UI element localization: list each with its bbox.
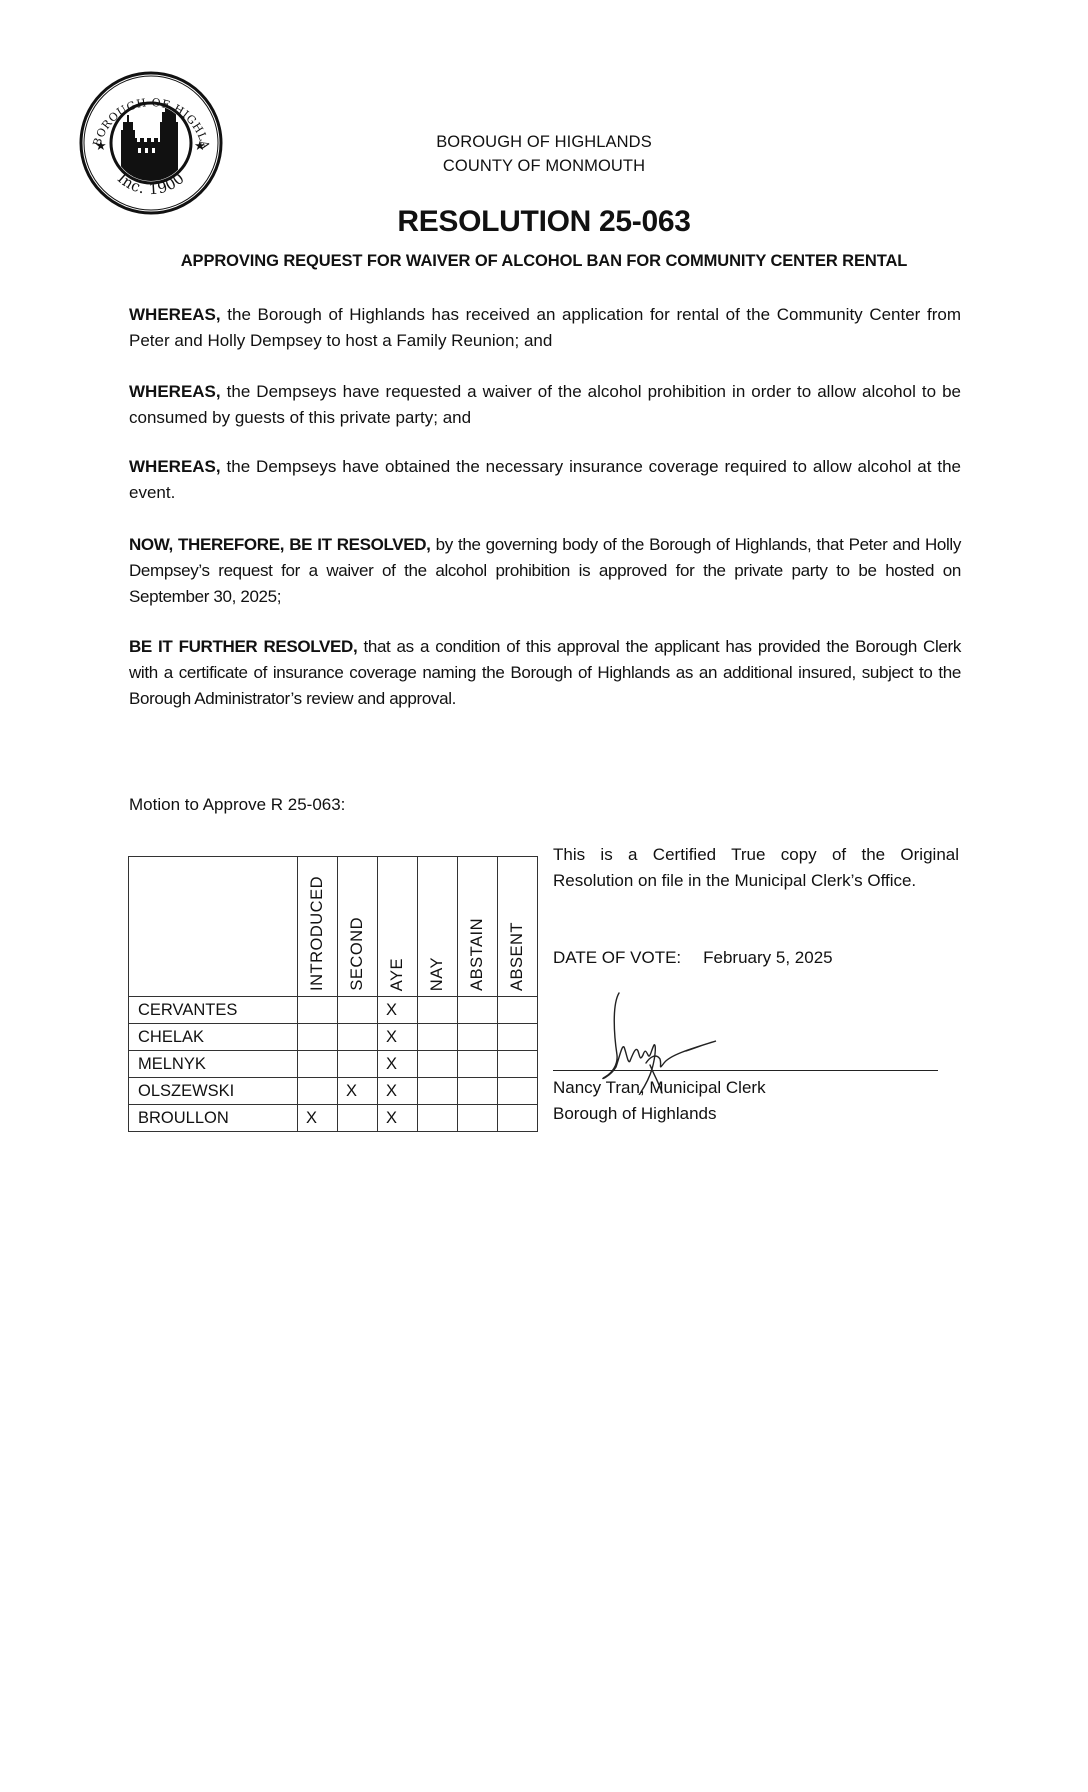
- vote-mark-abstain: [458, 1051, 498, 1078]
- vote-mark-second: [338, 1105, 378, 1132]
- vote-table: INTRODUCED SECOND AYE NAY ABSTAIN ABSENT…: [128, 856, 538, 1132]
- vote-mark-nay: [418, 1051, 458, 1078]
- signature-line: [553, 1070, 938, 1071]
- column-introduced: INTRODUCED: [298, 857, 338, 997]
- vote-row: CERVANTESX: [129, 997, 538, 1024]
- vote-mark-absent: [498, 997, 538, 1024]
- column-aye: AYE: [378, 857, 418, 997]
- column-abstain: ABSTAIN: [458, 857, 498, 997]
- whereas-paragraph-3: WHEREAS, the Dempseys have obtained the …: [129, 454, 961, 506]
- vote-mark-introduced: [298, 997, 338, 1024]
- certification-statement: This is a Certified True copy of the Ori…: [553, 842, 959, 894]
- vote-mark-absent: [498, 1105, 538, 1132]
- vote-mark-absent: [498, 1024, 538, 1051]
- whereas-paragraph-2: WHEREAS, the Dempseys have requested a w…: [129, 379, 961, 431]
- signer-name: Nancy Tran, Municipal Clerk: [553, 1075, 766, 1101]
- vote-mark-abstain: [458, 1078, 498, 1105]
- column-nay: NAY: [418, 857, 458, 997]
- council-member-name: OLSZEWSKI: [129, 1078, 298, 1105]
- council-member-name: CHELAK: [129, 1024, 298, 1051]
- paragraph-lead: BE IT FURTHER RESOLVED,: [129, 637, 357, 656]
- date-label: DATE OF VOTE:: [553, 948, 681, 967]
- paragraph-lead: NOW, THEREFORE, BE IT RESOLVED,: [129, 535, 431, 554]
- vote-mark-abstain: [458, 997, 498, 1024]
- vote-mark-introduced: [298, 1024, 338, 1051]
- signer-organization: Borough of Highlands: [553, 1101, 717, 1127]
- motion-label: Motion to Approve R 25-063:: [129, 795, 345, 815]
- paragraph-lead: WHEREAS,: [129, 382, 221, 401]
- column-second: SECOND: [338, 857, 378, 997]
- date-value: February 5, 2025: [703, 948, 832, 967]
- vote-mark-second: [338, 1051, 378, 1078]
- whereas-paragraph-1: WHEREAS, the Borough of Highlands has re…: [129, 302, 961, 354]
- council-member-name: MELNYK: [129, 1051, 298, 1078]
- vote-mark-aye: X: [378, 1078, 418, 1105]
- column-absent: ABSENT: [498, 857, 538, 997]
- vote-mark-aye: X: [378, 1024, 418, 1051]
- council-member-name: CERVANTES: [129, 997, 298, 1024]
- vote-mark-nay: [418, 997, 458, 1024]
- vote-mark-absent: [498, 1078, 538, 1105]
- council-member-name: BROULLON: [129, 1105, 298, 1132]
- municipality-name: BOROUGH OF HIGHLANDS: [0, 133, 1088, 152]
- vote-row: BROULLONXX: [129, 1105, 538, 1132]
- vote-row: OLSZEWSKIXX: [129, 1078, 538, 1105]
- vote-table-header: INTRODUCED SECOND AYE NAY ABSTAIN ABSENT: [129, 857, 538, 997]
- vote-mark-aye: X: [378, 1105, 418, 1132]
- vote-mark-abstain: [458, 1105, 498, 1132]
- vote-mark-abstain: [458, 1024, 498, 1051]
- paragraph-text: the Dempseys have obtained the necessary…: [129, 457, 961, 502]
- vote-mark-introduced: [298, 1078, 338, 1105]
- vote-mark-introduced: [298, 1051, 338, 1078]
- vote-mark-nay: [418, 1105, 458, 1132]
- further-resolved-paragraph: BE IT FURTHER RESOLVED, that as a condit…: [129, 634, 961, 712]
- paragraph-text: the Dempseys have requested a waiver of …: [129, 382, 961, 427]
- resolution-subtitle: APPROVING REQUEST FOR WAIVER OF ALCOHOL …: [0, 252, 1088, 271]
- vote-mark-nay: [418, 1078, 458, 1105]
- resolved-paragraph: NOW, THEREFORE, BE IT RESOLVED, by the g…: [129, 532, 961, 610]
- vote-row: MELNYKX: [129, 1051, 538, 1078]
- vote-mark-absent: [498, 1051, 538, 1078]
- vote-mark-second: X: [338, 1078, 378, 1105]
- vote-mark-second: [338, 997, 378, 1024]
- vote-mark-introduced: X: [298, 1105, 338, 1132]
- vote-mark-nay: [418, 1024, 458, 1051]
- date-of-vote: DATE OF VOTE:February 5, 2025: [553, 945, 833, 971]
- name-column-header: [129, 857, 298, 997]
- vote-mark-aye: X: [378, 1051, 418, 1078]
- county-name: COUNTY OF MONMOUTH: [0, 157, 1088, 176]
- paragraph-lead: WHEREAS,: [129, 457, 221, 476]
- vote-mark-second: [338, 1024, 378, 1051]
- paragraph-text: the Borough of Highlands has received an…: [129, 305, 961, 350]
- vote-mark-aye: X: [378, 997, 418, 1024]
- paragraph-lead: WHEREAS,: [129, 305, 221, 324]
- resolution-title: RESOLUTION 25-063: [0, 205, 1088, 239]
- vote-row: CHELAKX: [129, 1024, 538, 1051]
